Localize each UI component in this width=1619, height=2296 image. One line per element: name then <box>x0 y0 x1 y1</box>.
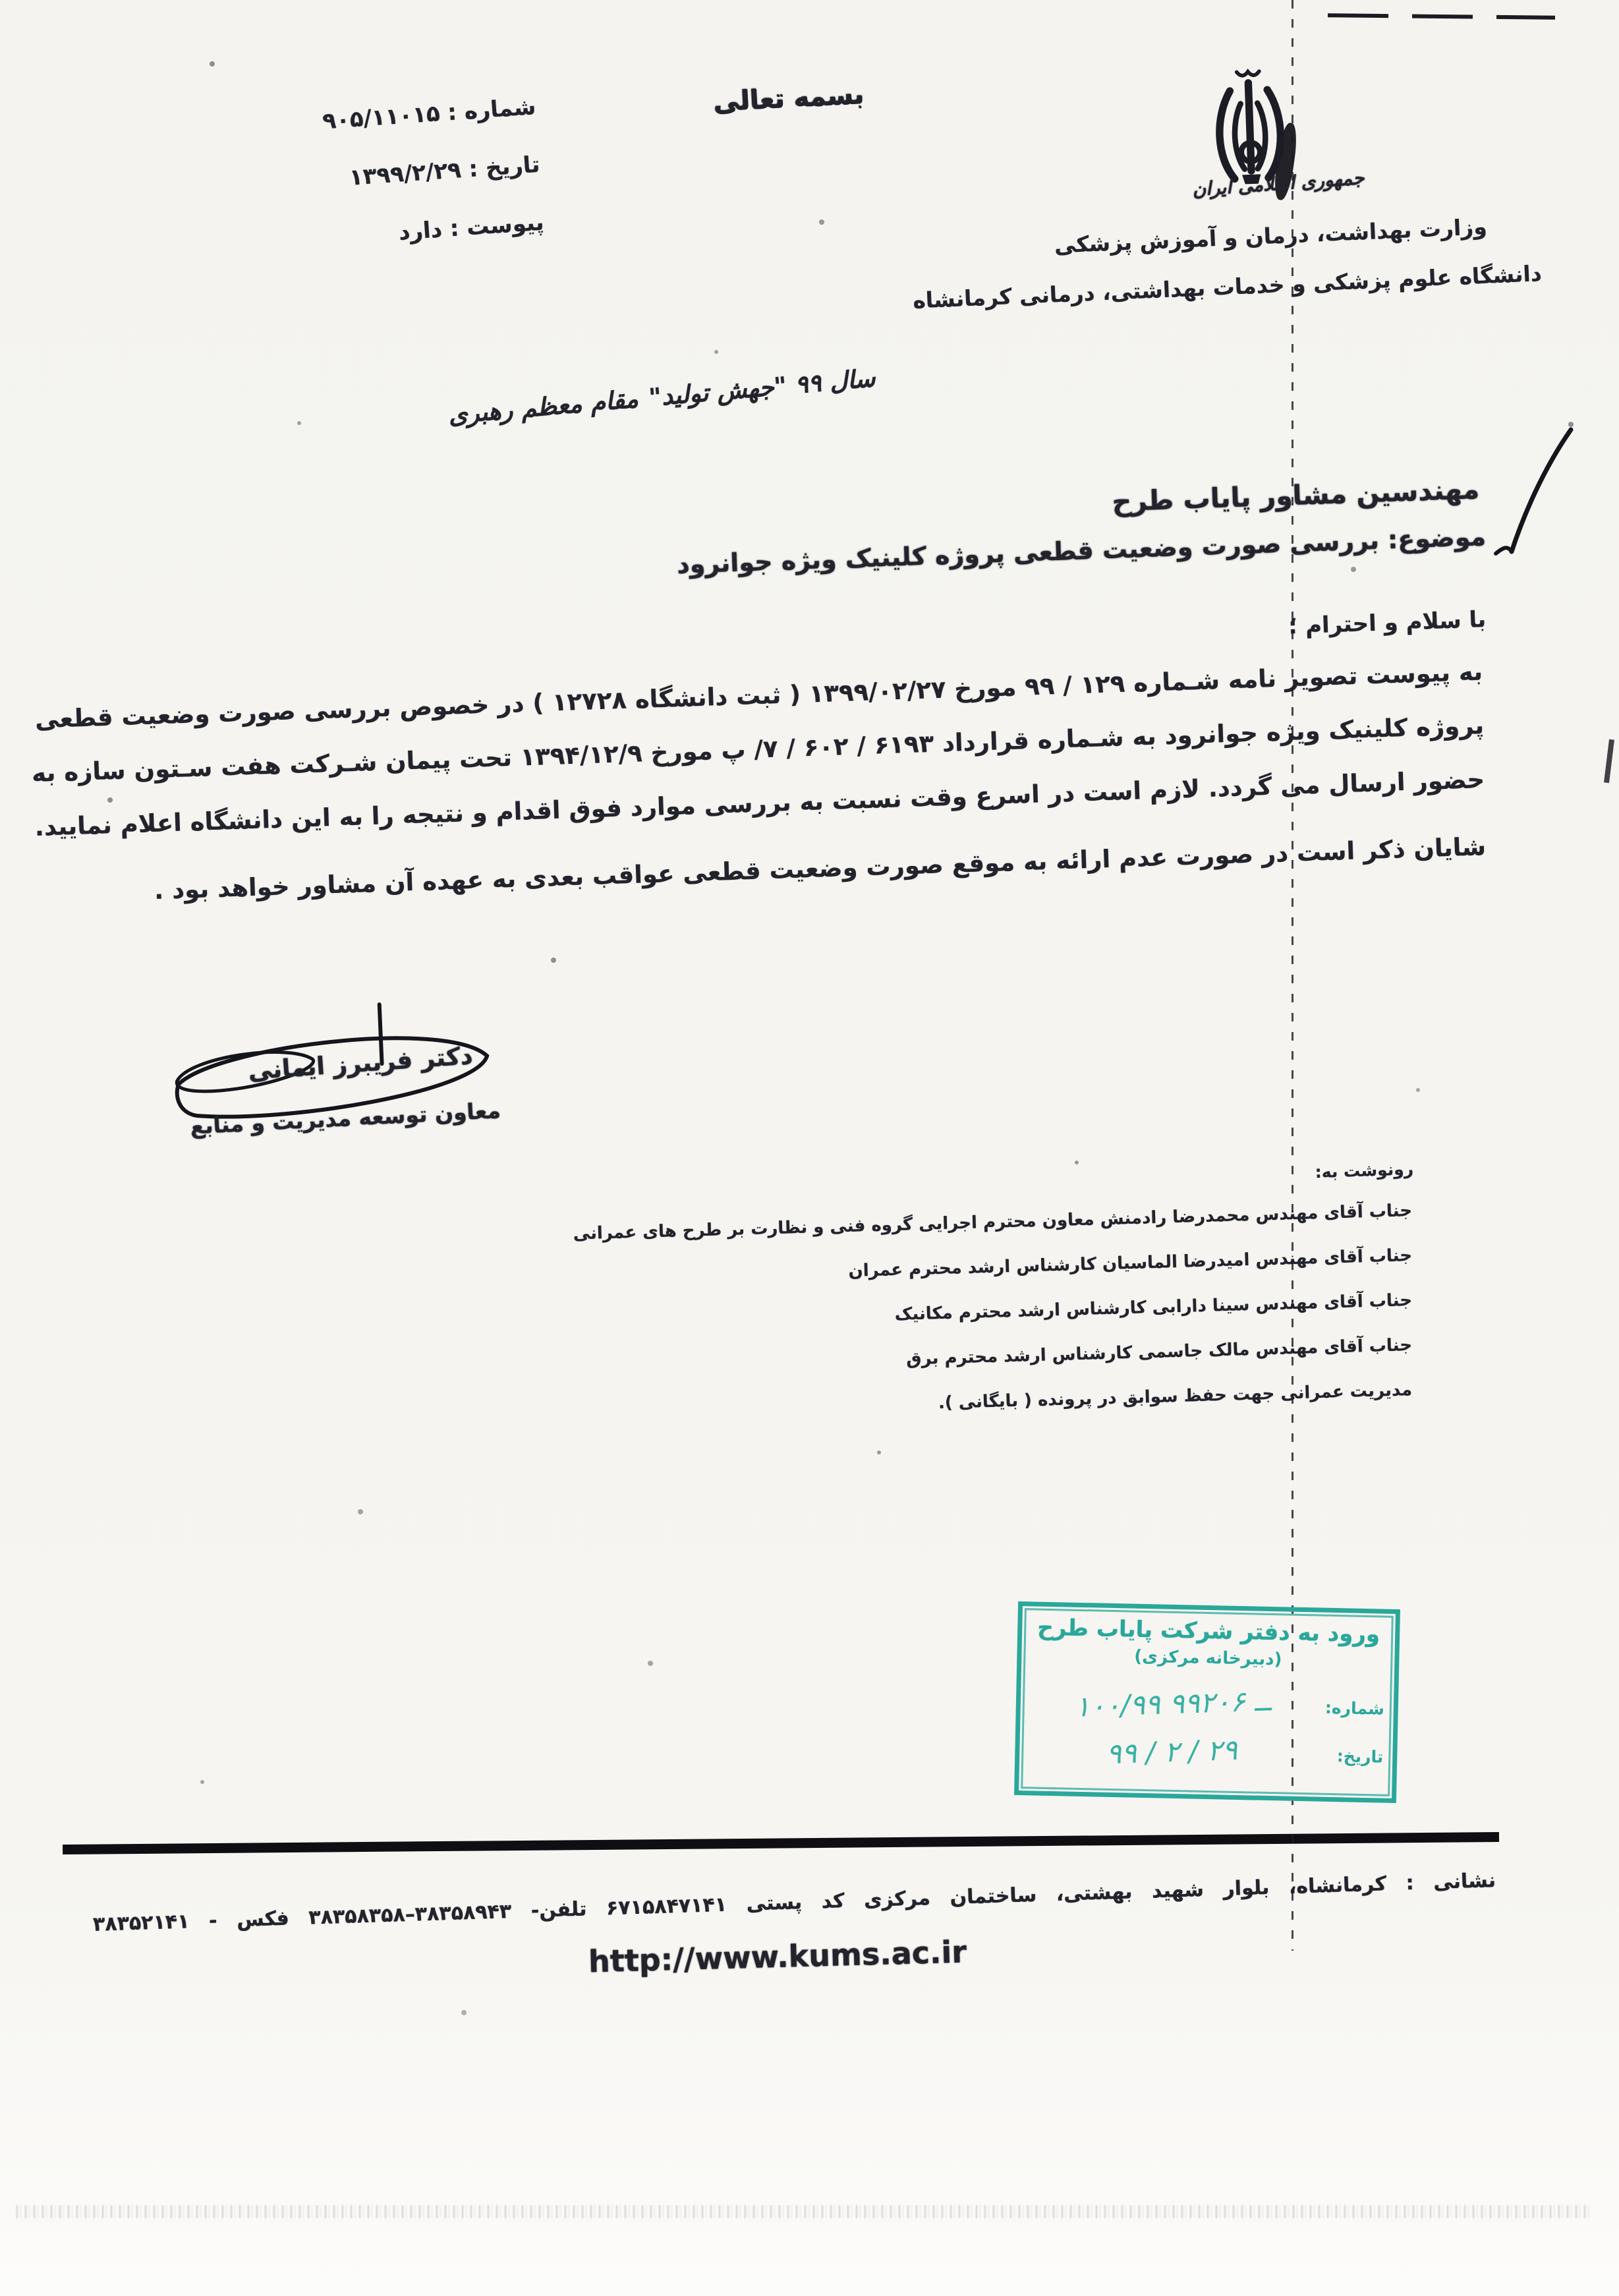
doc-attachment-label: پیوست : <box>449 210 544 243</box>
doc-date-label: تاریخ : <box>468 152 540 183</box>
doc-number-label: شماره : <box>447 94 537 126</box>
cc-label: رونوشت به: <box>1301 1159 1414 1182</box>
scanner-noise-band <box>16 2205 1591 2218</box>
dust-specks <box>0 0 3 3</box>
slogan-year: سال ۹۹ "جهش تولید" <box>648 364 876 412</box>
salutation-line: با سلام و احترام ؛ <box>1301 606 1486 639</box>
cc-item: جناب آقای مهندس مالک جاسمی کارشناس ارشد … <box>803 1335 1412 1372</box>
cc-item: مدیریت عمرانی جهت حفظ سوابق در پرونده ( … <box>803 1380 1412 1417</box>
company-entry-stamp: ورود به دفتر شرکت پایاب طرح (دبیرخانه مر… <box>1014 1601 1400 1803</box>
ink-tick-artifact <box>1604 739 1614 783</box>
slogan-attribution: مقام معظم رهبری <box>447 385 640 430</box>
ministry-line: وزارت بهداشت، درمان و آموزش پزشکی <box>1053 214 1489 258</box>
cc-item: جناب آقای مهندس سینا دارابی کارشناس ارشد… <box>803 1290 1412 1327</box>
cc-item: جناب آقای مهندس امیدرضا الماسیان کارشناس… <box>803 1246 1412 1282</box>
body-paragraph-2: شایان ذکر است در صورت عدم ارائه به موقع … <box>300 832 1487 902</box>
year-slogan-line: سال ۹۹ "جهش تولید" مقام معظم رهبری <box>447 364 876 429</box>
pen-checkmark <box>1491 423 1576 565</box>
stamp-number-row: شماره: ۱۰۰/۹۹ ــ ۹۹۲۰۶ <box>1029 1677 1384 1732</box>
doc-attachment-value: دارد <box>398 216 443 246</box>
stamp-number-label: شماره: <box>1316 1698 1385 1718</box>
stamp-date-handwritten: ۹۹ / ۲ / ۲۹ <box>1029 1731 1315 1773</box>
scan-edge-line-artifact <box>1328 13 1555 20</box>
footer-website-url: http://www.kums.ac.ir <box>579 1934 975 1980</box>
stamp-date-label: تاریخ: <box>1315 1746 1384 1766</box>
document-meta-block: شماره : ۹۰۵/۱۱۰۱۵ تاریخ : ۱۳۹۹/۲/۲۹ پیوس… <box>165 78 546 277</box>
stamp-title: ورود به دفتر شرکت پایاب طرح <box>1026 1614 1392 1648</box>
cc-item: جناب آقای مهندس محمدرضا رادمنش معاون محت… <box>803 1201 1412 1238</box>
recipient-line: مهندسین مشاور پایاب طرح <box>1182 473 1479 515</box>
stamp-number-handwritten: ۱۰۰/۹۹ ــ ۹۹۲۰۶ <box>1029 1683 1316 1725</box>
footer-address-line: نشانی : کرمانشاه، بلوار شهید بهشتی، ساخت… <box>93 1869 1496 1936</box>
stamp-date-row: تاریخ: ۹۹ / ۲ / ۲۹ <box>1029 1727 1384 1778</box>
besmeh-taali: بسمه تعالی <box>712 79 865 117</box>
scanned-letter-page: شماره : ۹۰۵/۱۱۰۱۵ تاریخ : ۱۳۹۹/۲/۲۹ پیوس… <box>0 0 1619 2296</box>
footer-divider-bar <box>63 1832 1499 1854</box>
stamp-subtitle: (دبیرخانه مرکزی) <box>1025 1644 1391 1672</box>
stamp-inner-border: ورود به دفتر شرکت پایاب طرح (دبیرخانه مر… <box>1021 1608 1394 1796</box>
subject-line: موضوع: بررسی صورت وضعیت قطعی پروژه کلینی… <box>883 522 1487 572</box>
doc-number-value: ۹۰۵/۱۱۰۱۵ <box>322 100 441 134</box>
university-line: دانشگاه علوم پزشکی و خدمات بهداشتی، درما… <box>897 260 1557 314</box>
doc-date-value: ۱۳۹۹/۲/۲۹ <box>349 157 462 191</box>
